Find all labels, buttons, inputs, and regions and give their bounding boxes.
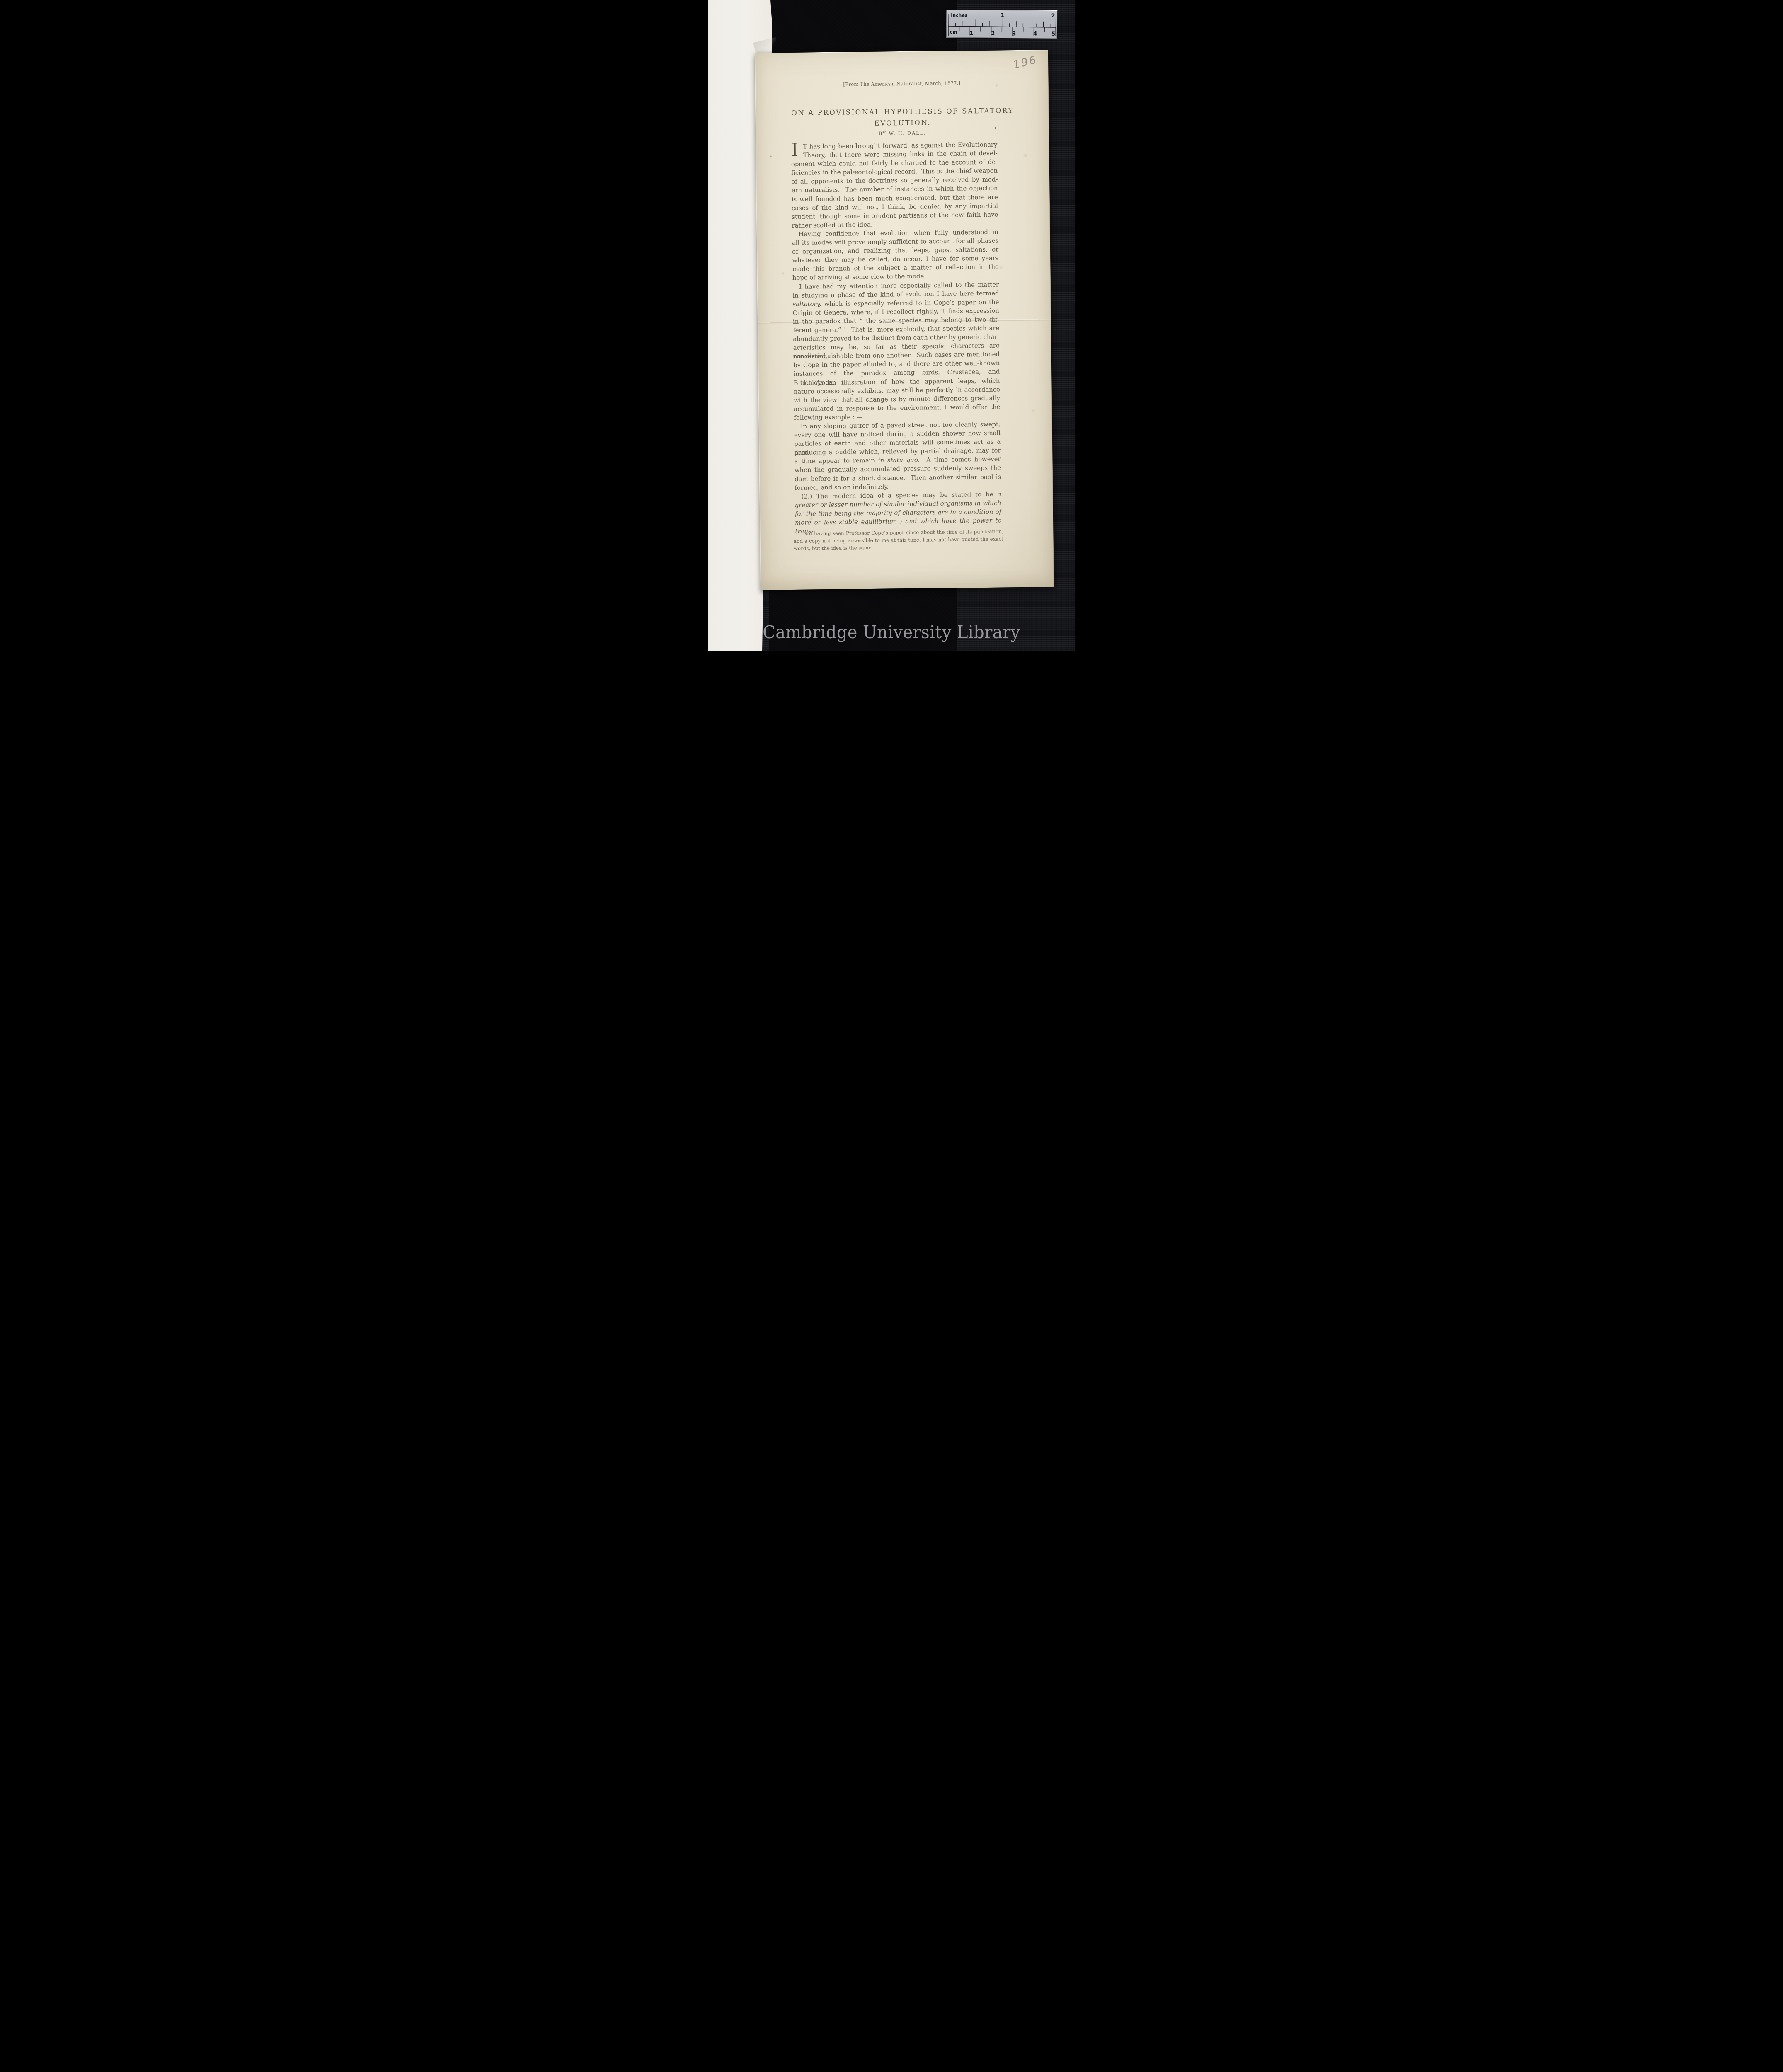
handwritten-folio-number: 196	[1012, 53, 1039, 71]
ruler-cm-numeral: 3	[1012, 31, 1016, 36]
document-page: 196 [From The American Naturalist, March…	[755, 50, 1054, 590]
text-line: more or less stable equilibrium ; and wh…	[795, 516, 1001, 527]
paragraph: (1.) As an illustration of how the appar…	[794, 376, 1001, 422]
ruler-inches-label: Inches	[951, 13, 967, 17]
paragraph: In any sloping gutter of a paved street …	[794, 420, 1001, 492]
paragraph: I have had my attention more especially …	[792, 280, 1000, 378]
photo-canvas: Inches cm 1 2 1 2 3 4 5 196 [From The Am…	[708, 0, 1075, 651]
article-byline: BY W. H. DALL.	[756, 129, 1049, 138]
ruler-inch-numeral: 1	[1001, 13, 1005, 18]
footnote: 1 Not having seen Professor Cope’s paper…	[793, 528, 1003, 552]
body-text: IT has long been brought forward, as aga…	[791, 140, 1001, 527]
ruler-inch-numeral: 2	[1051, 13, 1055, 19]
ruler-cm-numeral: 1	[969, 31, 973, 36]
library-watermark: Cambridge University Library	[717, 622, 1066, 642]
drop-cap: I	[791, 142, 798, 158]
paragraph: 1 Not having seen Professor Cope’s paper…	[793, 528, 1003, 552]
ruler-cm-numeral: 2	[991, 31, 995, 36]
ruler-cm-label: cm	[950, 30, 957, 34]
paragraph: Having confidence that evolution when fu…	[792, 228, 999, 282]
article-title: ON A PROVISIONAL HYPOTHESIS OF SALTATORY…	[781, 105, 1024, 130]
ruler-cm-numeral: 5	[1051, 31, 1055, 37]
foxing-spots	[755, 53, 756, 55]
scale-ruler: Inches cm 1 2 1 2 3 4 5	[946, 10, 1058, 39]
paragraph: IT has long been brought forward, as aga…	[791, 140, 998, 230]
journal-source-line: [From The American Naturalist, March, 18…	[756, 79, 1048, 88]
margin-dot	[770, 155, 772, 157]
paragraph: (2.) The modern idea of a species may be…	[795, 490, 1001, 527]
ruler-cm-numeral: 4	[1033, 31, 1037, 37]
